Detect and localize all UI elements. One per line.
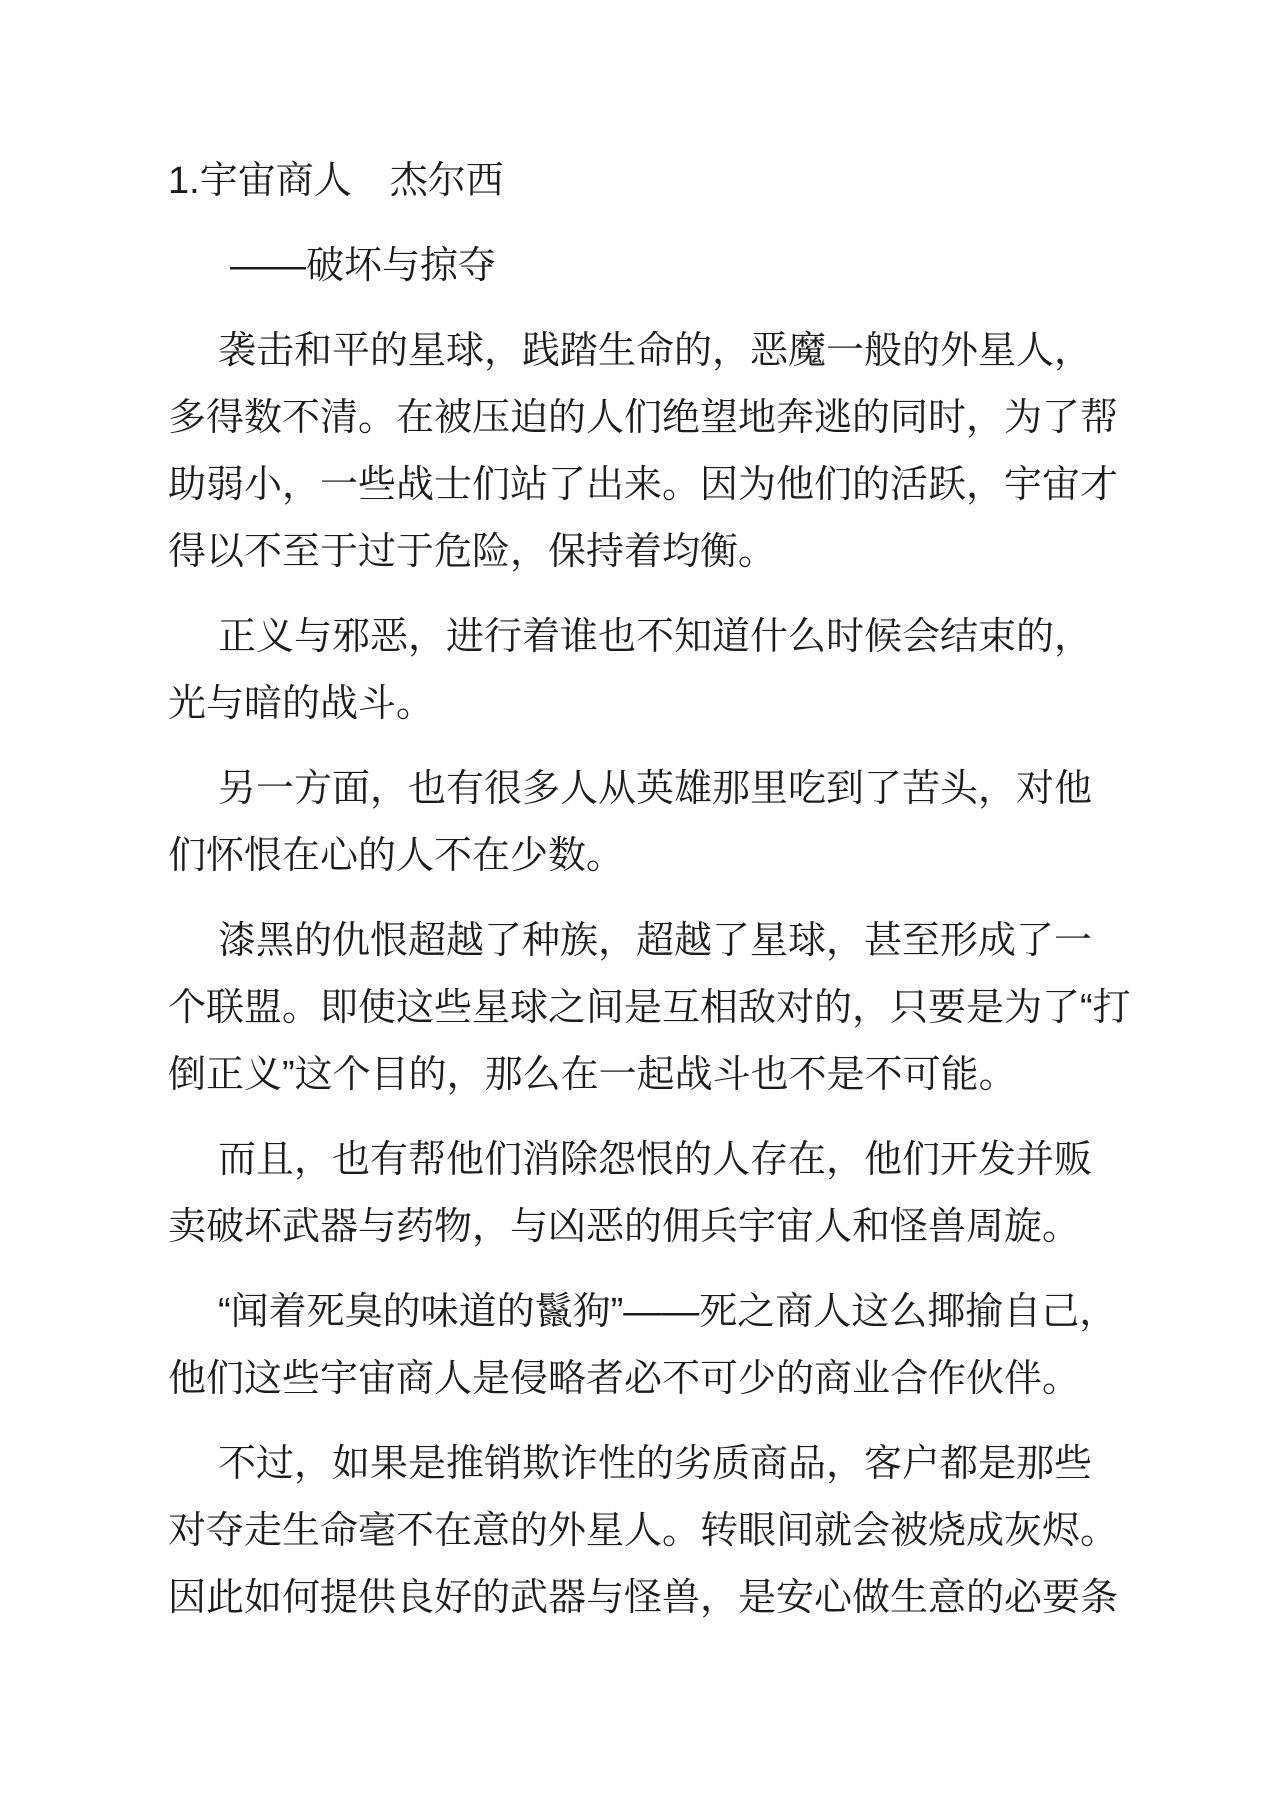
text-line: 多得数不清。在被压迫的人们绝望地奔逃的同时，为了帮 — [168, 385, 1130, 452]
document-title: 1.宇宙商人 杰尔西 — [168, 148, 1130, 215]
text-line: 他们这些宇宙商人是侵略者必不可少的商业合作伙伴。 — [168, 1346, 1130, 1413]
paragraph: 袭击和平的星球，践踏生命的，恶魔一般的外星人，多得数不清。在被压迫的人们绝望地奔… — [168, 318, 1130, 586]
paragraph: “闻着死臭的味道的鬣狗”——死之商人这么揶揄自己，他们这些宇宙商人是侵略者必不可… — [168, 1279, 1130, 1413]
paragraph: 另一方面，也有很多人从英雄那里吃到了苦头，对他们怀恨在心的人不在少数。 — [168, 756, 1130, 890]
document-subtitle: ——破坏与掠夺 — [230, 233, 1130, 300]
text-line: 得以不至于过于危险，保持着均衡。 — [168, 519, 1130, 586]
text-line: 漆黑的仇恨超越了种族，超越了星球，甚至形成了一 — [168, 908, 1130, 975]
text-line: 袭击和平的星球，践踏生命的，恶魔一般的外星人， — [168, 318, 1130, 385]
text-line: 而且，也有帮他们消除怨恨的人存在，他们开发并贩 — [168, 1127, 1130, 1194]
paragraph: 而且，也有帮他们消除怨恨的人存在，他们开发并贩卖破坏武器与药物，与凶恶的佣兵宇宙… — [168, 1127, 1130, 1261]
paragraph: 不过，如果是推销欺诈性的劣质商品，客户都是那些对夺走生命毫不在意的外星人。转眼间… — [168, 1431, 1130, 1632]
text-line: 另一方面，也有很多人从英雄那里吃到了苦头，对他 — [168, 756, 1130, 823]
text-line: 个联盟。即使这些星球之间是互相敌对的，只要是为了“打 — [168, 975, 1130, 1042]
text-line: 因此如何提供良好的武器与怪兽，是安心做生意的必要条 — [168, 1565, 1130, 1632]
paragraph: 漆黑的仇恨超越了种族，超越了星球，甚至形成了一个联盟。即使这些星球之间是互相敌对… — [168, 908, 1130, 1109]
text-line: 正义与邪恶，进行着谁也不知道什么时候会结束的， — [168, 604, 1130, 671]
text-line: “闻着死臭的味道的鬣狗”——死之商人这么揶揄自己， — [168, 1279, 1130, 1346]
text-line: 卖破坏武器与药物，与凶恶的佣兵宇宙人和怪兽周旋。 — [168, 1194, 1130, 1261]
text-line: 们怀恨在心的人不在少数。 — [168, 823, 1130, 890]
text-line: 光与暗的战斗。 — [168, 671, 1130, 738]
paragraph: 正义与邪恶，进行着谁也不知道什么时候会结束的，光与暗的战斗。 — [168, 604, 1130, 738]
text-line: 助弱小，一些战士们站了出来。因为他们的活跃，宇宙才 — [168, 452, 1130, 519]
text-line: 对夺走生命毫不在意的外星人。转眼间就会被烧成灰烬。 — [168, 1498, 1130, 1565]
text-line: 倒正义”这个目的，那么在一起战斗也不是不可能。 — [168, 1042, 1130, 1109]
document-body: 袭击和平的星球，践踏生命的，恶魔一般的外星人，多得数不清。在被压迫的人们绝望地奔… — [168, 318, 1130, 1632]
text-line: 不过，如果是推销欺诈性的劣质商品，客户都是那些 — [168, 1431, 1130, 1498]
document-page: 1.宇宙商人 杰尔西 ——破坏与掠夺 袭击和平的星球，践踏生命的，恶魔一般的外星… — [0, 0, 1280, 1810]
